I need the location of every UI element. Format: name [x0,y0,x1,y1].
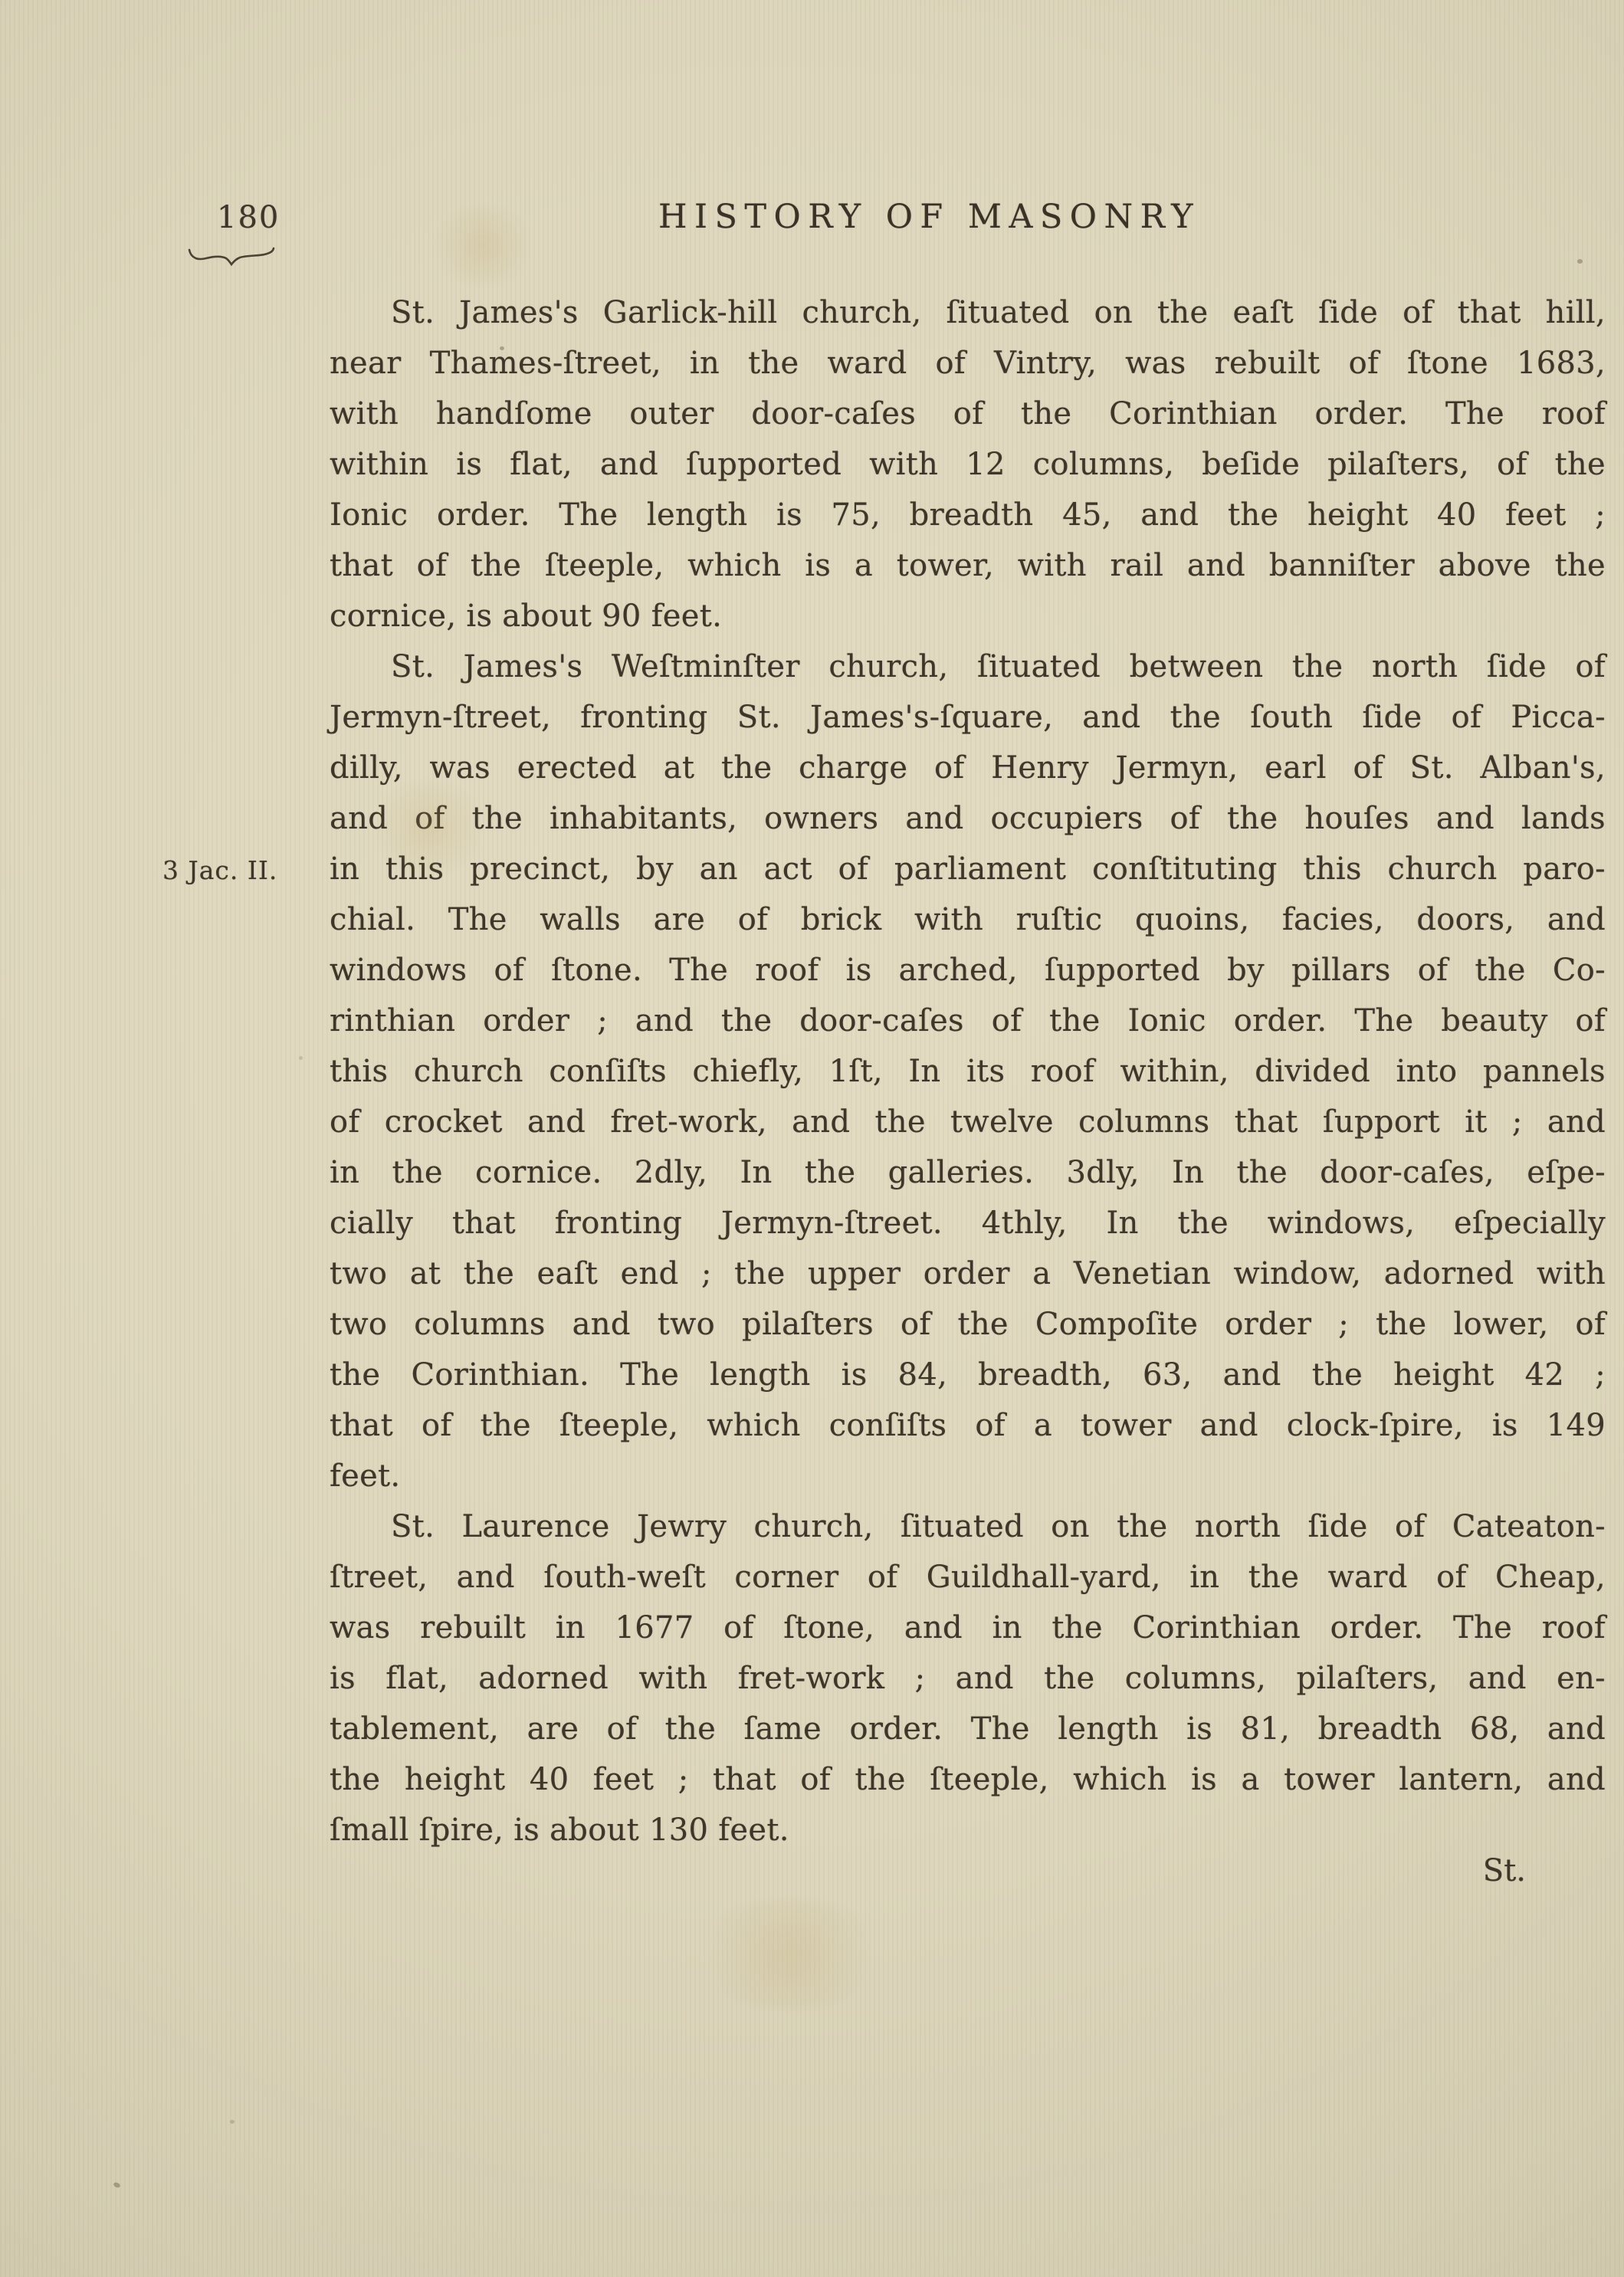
fox-stain [429,207,536,284]
paper-speck [230,2120,235,2124]
text-line: Ionic order. The length is 75, breadth 4… [330,490,1606,540]
text-line: cially that fronting Jermyn-ſtreet. 4thl… [330,1198,1606,1248]
text-line: this church conſiſts chiefly, 1ſt, In it… [330,1046,1606,1097]
margin-note: 3 Jac. II. [162,848,277,894]
fox-stain [690,1901,889,2008]
text-line: within is flat, and ſupported with 12 co… [330,439,1606,490]
text-line: windows of ſtone. The roof is arched, ſu… [330,945,1606,996]
text-block: St. James's Garlick-hill church, ſituate… [330,287,1606,1855]
text-line: that of the ſteeple, which conſiſts of a… [330,1400,1606,1451]
paper-speck [500,346,504,350]
text-line: ſtreet, and ſouth-weſt corner of Guildha… [330,1552,1606,1603]
text-line: that of the ſteeple, which is a tower, w… [330,540,1606,591]
text-line: in this precinct, by an act of parliamen… [330,844,1606,894]
text-line: cornice, is about 90 feet. [330,591,1606,641]
paper-speck [299,1056,303,1060]
text-line: with handſome outer door-caſes of the Co… [330,389,1606,439]
text-line: rinthian order ; and the door-caſes of t… [330,996,1606,1046]
paper-speck [1577,259,1583,264]
text-line: tablement, are of the ſame order. The le… [330,1704,1606,1754]
paragraph: St. Laurence Jewry church, ſituated on t… [330,1501,1606,1855]
text-line: feet. [330,1451,1606,1501]
catchword: St. [330,1846,1606,1896]
text-line: the height 40 feet ; that of the ſteeple… [330,1754,1606,1805]
text-line: St. James's Weſtminſter church, ſituated… [330,641,1606,692]
text-line: the Corinthian. The length is 84, breadt… [330,1350,1606,1400]
text-line: two at the eaſt end ; the upper order a … [330,1248,1606,1299]
text-line: and of the inhabitants, owners and occup… [330,793,1606,844]
paragraph: St. James's Weſtminſter church, ſituated… [330,641,1606,1501]
text-line: two columns and two pilaſters of the Com… [330,1299,1606,1350]
page-number-underbrace [186,245,277,271]
text-line: near Thames-ſtreet, in the ward of Vintr… [330,338,1606,389]
text-line: Jermyn-ſtreet, fronting St. James's-ſqua… [330,692,1606,743]
paper-speck [113,2181,121,2188]
text-line: St. Laurence Jewry church, ſituated on t… [330,1501,1606,1552]
fox-stain [368,782,490,874]
paragraph: St. James's Garlick-hill church, ſituate… [330,287,1606,641]
text-line: was rebuilt in 1677 of ſtone, and in the… [330,1603,1606,1653]
text-line: in the cornice. 2dly, In the galleries. … [330,1147,1606,1198]
text-line: chial. The walls are of brick with ruſti… [330,894,1606,945]
text-line: St. James's Garlick-hill church, ſituate… [330,287,1606,338]
page-number: 180 [217,201,280,235]
text-line: dilly, was erected at the charge of Henr… [330,743,1606,793]
text-line: is flat, adorned with fret-work ; and th… [330,1653,1606,1704]
book-page-scan: { "page": { "number": "180", "running_he… [0,0,1624,2277]
text-line: of crocket and fret-work, and the twelve… [330,1097,1606,1147]
